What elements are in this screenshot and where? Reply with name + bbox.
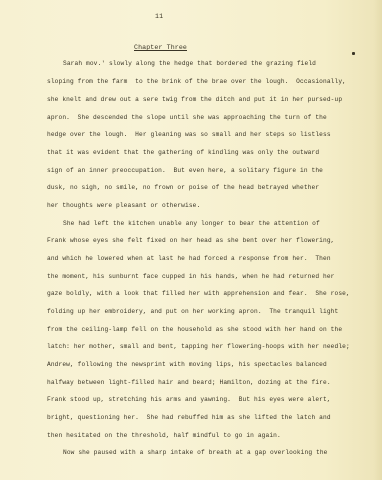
text-line: gaze boldly, with a look that filled her… bbox=[47, 290, 350, 297]
text-line: hedge over the lough. Her gleaning was s… bbox=[47, 131, 331, 138]
text-line: dusk, no sigh, no smile, no frown or poi… bbox=[47, 184, 319, 191]
text-line: apron. She descended the slope until she… bbox=[47, 114, 327, 121]
text-line: Now she paused with a sharp intake of br… bbox=[63, 449, 327, 456]
text-line: halfway between light-filled hair and be… bbox=[47, 379, 331, 386]
text-line: her thoughts were pleasant or otherwise. bbox=[47, 202, 200, 209]
text-line: folding up her embroidery, and put on he… bbox=[47, 308, 338, 315]
text-line: Frank stood up, stretching his arms and … bbox=[47, 396, 331, 403]
text-line: then hesitated on the threshold, half mi… bbox=[47, 432, 281, 439]
text-line: and which he lowered when at last he had… bbox=[47, 255, 331, 262]
text-line: Sarah mov.' slowly along the hedge that … bbox=[63, 60, 316, 67]
typewritten-page: 11 Chapter Three Sarah mov.' slowly alon… bbox=[0, 0, 382, 480]
text-line: bright, questioning her. She had rebuffe… bbox=[47, 414, 331, 421]
text-line: Frank whose eyes she felt fixed on her h… bbox=[47, 237, 334, 244]
text-line: Andrew, following the newsprint with mov… bbox=[47, 361, 327, 368]
margin-mark bbox=[352, 52, 355, 55]
text-line: she knelt and drew out a sere twig from … bbox=[47, 96, 342, 103]
chapter-title: Chapter Three bbox=[134, 44, 187, 51]
text-line: She had left the kitchen unable any long… bbox=[63, 220, 320, 227]
text-line: the moment, his sunburnt face cupped in … bbox=[47, 273, 334, 280]
paper-edge bbox=[374, 0, 382, 480]
text-line: from the ceiling-lamp fell on the househ… bbox=[47, 326, 342, 333]
text-line: sign of an inner preoccupation. But even… bbox=[47, 167, 323, 174]
text-line: sloping from the farm to the brink of th… bbox=[47, 78, 346, 85]
text-line: latch: her mother, small and bent, tappi… bbox=[47, 343, 350, 350]
text-line: that it was evident that the gathering o… bbox=[47, 149, 319, 156]
page-number: 11 bbox=[155, 13, 163, 20]
